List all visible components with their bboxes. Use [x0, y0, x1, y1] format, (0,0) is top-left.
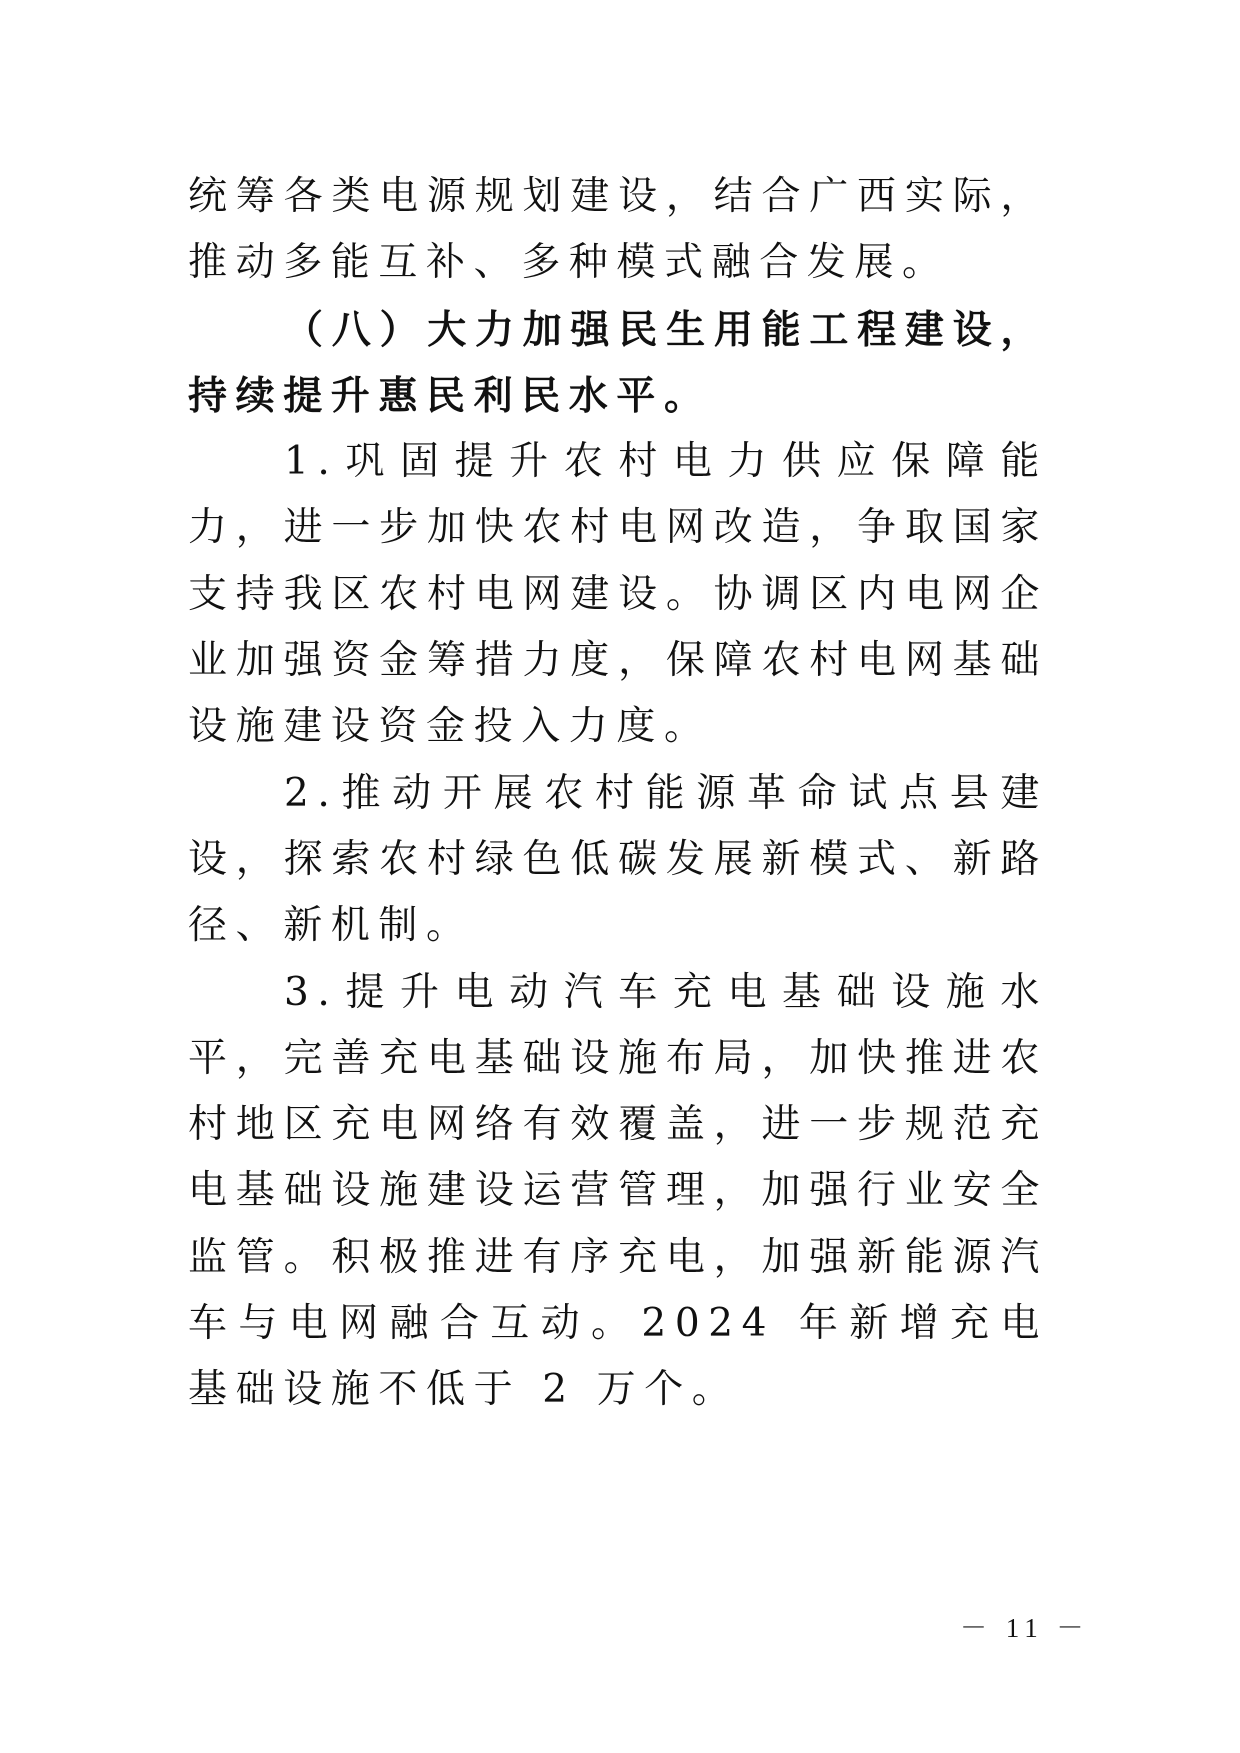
paragraph-item-3: 3.提升电动汽车充电基础设施水平，完善充电基础设施布局，加快推进农村地区充电网络…: [188, 960, 1048, 1424]
paragraph-continuation: 统筹各类电源规划建设，结合广西实际，推动多能互补、多种模式融合发展。: [188, 164, 1048, 297]
document-body: 统筹各类电源规划建设，结合广西实际，推动多能互补、多种模式融合发展。 （八）大力…: [188, 164, 1048, 1424]
page-number: － 11 －: [960, 1606, 1090, 1645]
document-page: 统筹各类电源规划建设，结合广西实际，推动多能互补、多种模式融合发展。 （八）大力…: [0, 0, 1240, 1753]
section-heading-8: （八）大力加强民生用能工程建设，持续提升惠民利民水平。: [188, 297, 1048, 430]
paragraph-item-1: 1.巩固提升农村电力供应保障能力，进一步加快农村电网改造，争取国家支持我区农村电…: [188, 429, 1048, 760]
paragraph-item-2: 2.推动开展农村能源革命试点县建设，探索农村绿色低碳发展新模式、新路径、新机制。: [188, 761, 1048, 960]
